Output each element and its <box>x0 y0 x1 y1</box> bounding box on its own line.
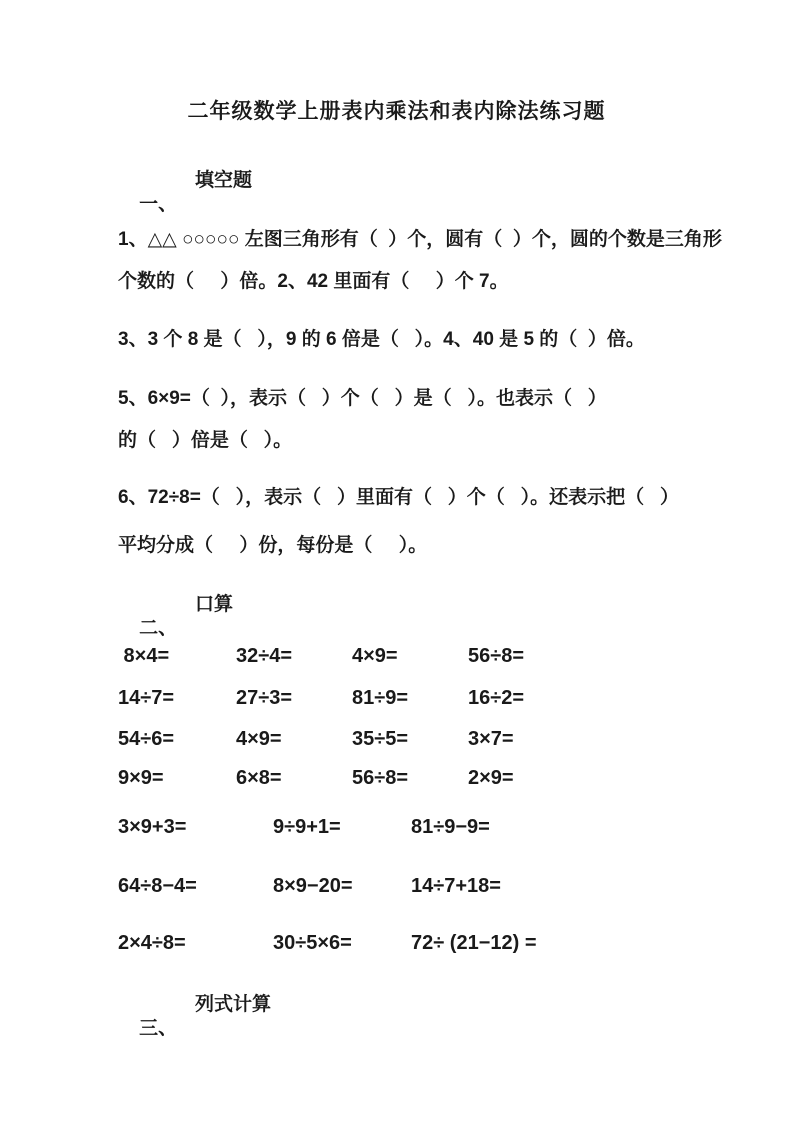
oral-calc-row-3: 54÷6= 4×9= 35÷5= 3×7= <box>118 727 738 751</box>
oral-calc-item: 8×4= <box>118 644 169 668</box>
oral-calc-item: 64÷8−4= <box>118 874 197 898</box>
oral-calc-item: 6×8= <box>236 766 282 790</box>
oral-calc-item: 4×9= <box>352 644 398 668</box>
oral-calc-item: 56÷8= <box>352 766 408 790</box>
oral-calc-item: 4×9= <box>236 727 282 751</box>
oral-calc-item: 2×9= <box>468 766 514 790</box>
oral-calc-row-5: 3×9+3= 9÷9+1= 81÷9−9= <box>118 815 738 839</box>
oral-calc-row-4: 9×9= 6×8= 56÷8= 2×9= <box>118 766 738 790</box>
oral-calc-item: 9÷9+1= <box>273 815 341 839</box>
oral-calc-row-1: 8×4= 32÷4= 4×9= 56÷8= <box>118 644 738 668</box>
section-heading-column-calc: 三、 列式计算 <box>118 993 518 1017</box>
oral-calc-item: 81÷9= <box>352 686 408 710</box>
oral-calc-item: 81÷9−9= <box>411 815 490 839</box>
oral-calc-item: 14÷7= <box>118 686 174 710</box>
section-heading-fill-in: 一、 填空题 <box>118 169 518 193</box>
section-label: 列式计算 <box>195 993 271 1017</box>
section-label: 口算 <box>195 593 233 617</box>
question-5-line-2: 的（ ）倍是（ ）。 <box>118 429 292 453</box>
oral-calc-item: 14÷7+18= <box>411 874 501 898</box>
oral-calc-item: 2×4÷8= <box>118 931 186 955</box>
oral-calc-row-7: 2×4÷8= 30÷5×6= 72÷ (21−12) = <box>118 931 738 955</box>
question-3-4-line: 3、3 个 8 是（ ），9 的 6 倍是（ ）。4、40 是 5 的（ ）倍。 <box>118 328 645 352</box>
oral-calc-item: 9×9= <box>118 766 164 790</box>
oral-calc-item: 8×9−20= <box>273 874 353 898</box>
oral-calc-item: 35÷5= <box>352 727 408 751</box>
question-1-2-line-2: 个数的（ ）倍。2、42 里面有（ ）个 7。 <box>118 270 509 294</box>
section-number: 三、 <box>139 1018 177 1039</box>
oral-calc-item: 16÷2= <box>468 686 524 710</box>
oral-calc-item: 3×7= <box>468 727 514 751</box>
question-1-line-1: 1、△△ ○○○○○ 左图三角形有（ ）个，圆有（ ）个，圆的个数是三角形 <box>118 228 722 252</box>
page-title: 二年级数学上册表内乘法和表内除法练习题 <box>0 100 793 124</box>
oral-calc-item: 27÷3= <box>236 686 292 710</box>
section-heading-oral: 二、 口算 <box>118 593 518 617</box>
section-number: 一、 <box>139 194 177 215</box>
section-label: 填空题 <box>195 169 252 193</box>
oral-calc-item: 3×9+3= <box>118 815 186 839</box>
oral-calc-item: 54÷6= <box>118 727 174 751</box>
oral-calc-row-2: 14÷7= 27÷3= 81÷9= 16÷2= <box>118 686 738 710</box>
section-number: 二、 <box>139 618 177 639</box>
oral-calc-item: 56÷8= <box>468 644 524 668</box>
oral-calc-item: 72÷ (21−12) = <box>411 931 537 955</box>
oral-calc-row-6: 64÷8−4= 8×9−20= 14÷7+18= <box>118 874 738 898</box>
oral-calc-item: 32÷4= <box>236 644 292 668</box>
question-6-line-1: 6、72÷8=（ ），表示（ ）里面有（ ）个（ ）。还表示把（ ） <box>118 486 679 510</box>
worksheet-page: 二年级数学上册表内乘法和表内除法练习题 一、 填空题 1、△△ ○○○○○ 左图… <box>0 0 793 1122</box>
question-6-line-2: 平均分成（ ）份，每份是（ ）。 <box>118 534 427 558</box>
oral-calc-item: 30÷5×6= <box>273 931 352 955</box>
question-5-line-1: 5、6×9=（ ），表示（ ）个（ ）是（ ）。也表示（ ） <box>118 387 607 411</box>
